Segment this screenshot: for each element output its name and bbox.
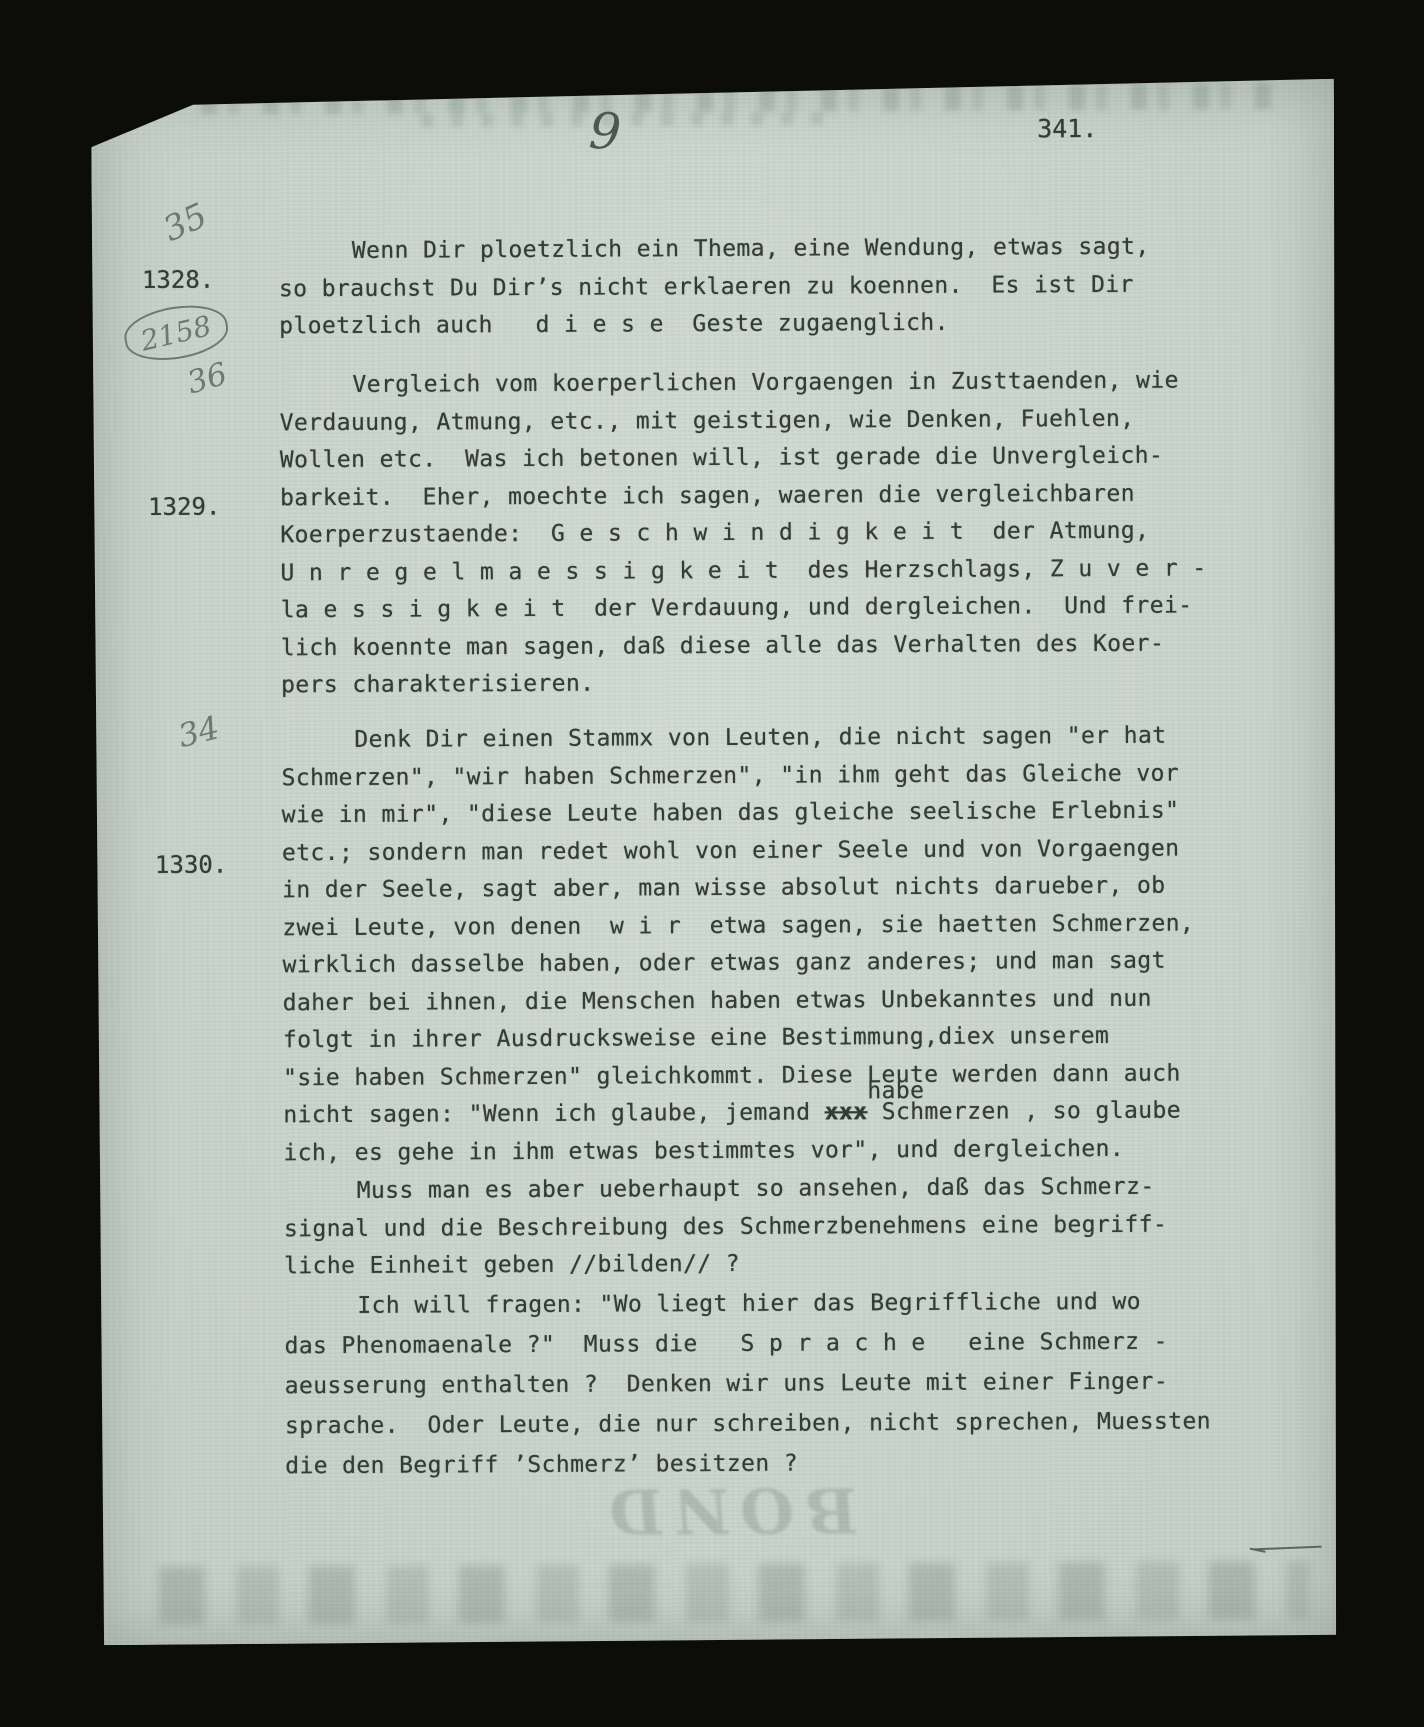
paragraph-ich-will-fragen: Ich will fragen: "Wo liegt hier das Begr… (284, 1281, 1225, 1486)
typescript-line: wie in mir", "diese Leute haben das glei… (282, 792, 1222, 834)
interlinear-insertion: habe (867, 1073, 924, 1111)
typescript-line: so brauchst Du Dir’s nicht erklaeren zu … (279, 266, 1219, 308)
typescript-line: Ich will fragen: "Wo liegt hier das Begr… (284, 1281, 1224, 1326)
typescript-line: "sie haben Schmerzen" gleichkommt. Diese… (283, 1055, 1223, 1097)
margin-remark-number-1328: 1328. (142, 266, 214, 294)
typescript-line: la e s s i g k e i t der Verdauung, und … (281, 587, 1221, 629)
typescript-line: Verdauung, Atmung, etc., mit geistigen, … (280, 400, 1220, 442)
typescript-line: barkeit. Eher, moechte ich sagen, waeren… (280, 475, 1220, 517)
typescript-line: Wollen etc. Was ich betonen will, ist ge… (280, 437, 1220, 479)
typescript-line: sprache. Oder Leute, die nur schreiben, … (285, 1401, 1225, 1446)
typescript-line: etc.; sondern man redet wohl von einer S… (282, 830, 1222, 872)
typescript-line: Vergleich vom koerperlichen Vorgaengen i… (279, 362, 1219, 404)
typescript-line: lich koennte man sagen, daß diese alle d… (281, 625, 1221, 667)
typescript-line: U n r e g e l m a e s s i g k e i t des … (280, 550, 1220, 592)
margin-pencil-36: 36 (183, 356, 231, 402)
typescript-line-with-insertion: nicht sagen: "Wenn ich glaube, jemand xx… (283, 1092, 1223, 1134)
handwritten-page-numeral: 9 (587, 102, 622, 162)
typescript-line: pers charakterisieren. (281, 662, 1221, 704)
typescript-line: daher bei ihnen, die Menschen haben etwa… (283, 980, 1223, 1022)
line-segment: nicht sagen: "Wenn ich glaube, jemand (283, 1099, 825, 1128)
remark-1329: Vergleich vom koerperlichen Vorgaengen i… (279, 362, 1221, 704)
page-number: 341. (1037, 114, 1097, 143)
typescript-line: Muss man es aber ueberhaupt so ansehen, … (284, 1168, 1224, 1210)
bleedthrough-top-secondary (421, 111, 841, 127)
typescript-line: signal und die Beschreibung des Schmerzb… (284, 1206, 1224, 1248)
bleedthrough-top (201, 83, 1271, 115)
margin-remark-number-1329: 1329. (148, 493, 220, 521)
margin-pencil-2158: 2158 (138, 309, 215, 358)
typescript-line: das Phenomaenale ?" Muss die S p r a c h… (284, 1321, 1224, 1366)
paragraph-schmerzsignal: Muss man es aber ueberhaupt so ansehen, … (284, 1168, 1225, 1285)
margin-remark-number-1330: 1330. (155, 851, 227, 879)
scan-background: { "colors": { "background": "#0c0c0a", "… (0, 0, 1424, 1727)
typescript-line: zwei Leute, von denen w i r etwa sagen, … (282, 905, 1222, 947)
typescript-line: Schmerzen", "wir haben Schmerzen", "in i… (281, 755, 1221, 797)
typescript-line: Wenn Dir ploetzlich ein Thema, eine Wend… (279, 228, 1219, 270)
typescript-line: ich, es gehe in ihm etwas bestimmtes vor… (283, 1130, 1223, 1172)
typescript-page: 9 341. 35 1328. 2158 36 1329. 34 1330. W… (91, 79, 1342, 1645)
typescript-line: wirklich dasselbe haben, oder etwas ganz… (282, 942, 1222, 984)
struck-out-text: xxx (825, 1099, 868, 1125)
typescript-line: Koerperzustaende: G e s c h w i n d i g … (280, 512, 1220, 554)
remark-1328: Wenn Dir ploetzlich ein Thema, eine Wend… (279, 228, 1220, 345)
pencil-dash-mark (1254, 1546, 1322, 1551)
typescript-line: liche Einheit geben //bilden// ? (284, 1243, 1224, 1285)
remark-1330: Denk Dir einen Stammx von Leuten, die ni… (281, 717, 1223, 1172)
typescript-line: Denk Dir einen Stammx von Leuten, die ni… (281, 717, 1221, 759)
margin-pencil-34: 34 (174, 708, 223, 755)
typescript-line: aeusserung enthalten ? Denken wir uns Le… (285, 1361, 1225, 1406)
bleedthrough-bottom (159, 1561, 1309, 1625)
typescript-line: in der Seele, sagt aber, man wisse absol… (282, 867, 1222, 909)
margin-pencil-35: 35 (157, 196, 213, 250)
typescript-line: ploetzlich auch d i e s e Geste zugaengl… (279, 303, 1219, 345)
typescript-line: folgt in ihrer Ausdrucksweise eine Besti… (283, 1017, 1223, 1059)
paper-watermark-bond: BOND (516, 1473, 941, 1548)
